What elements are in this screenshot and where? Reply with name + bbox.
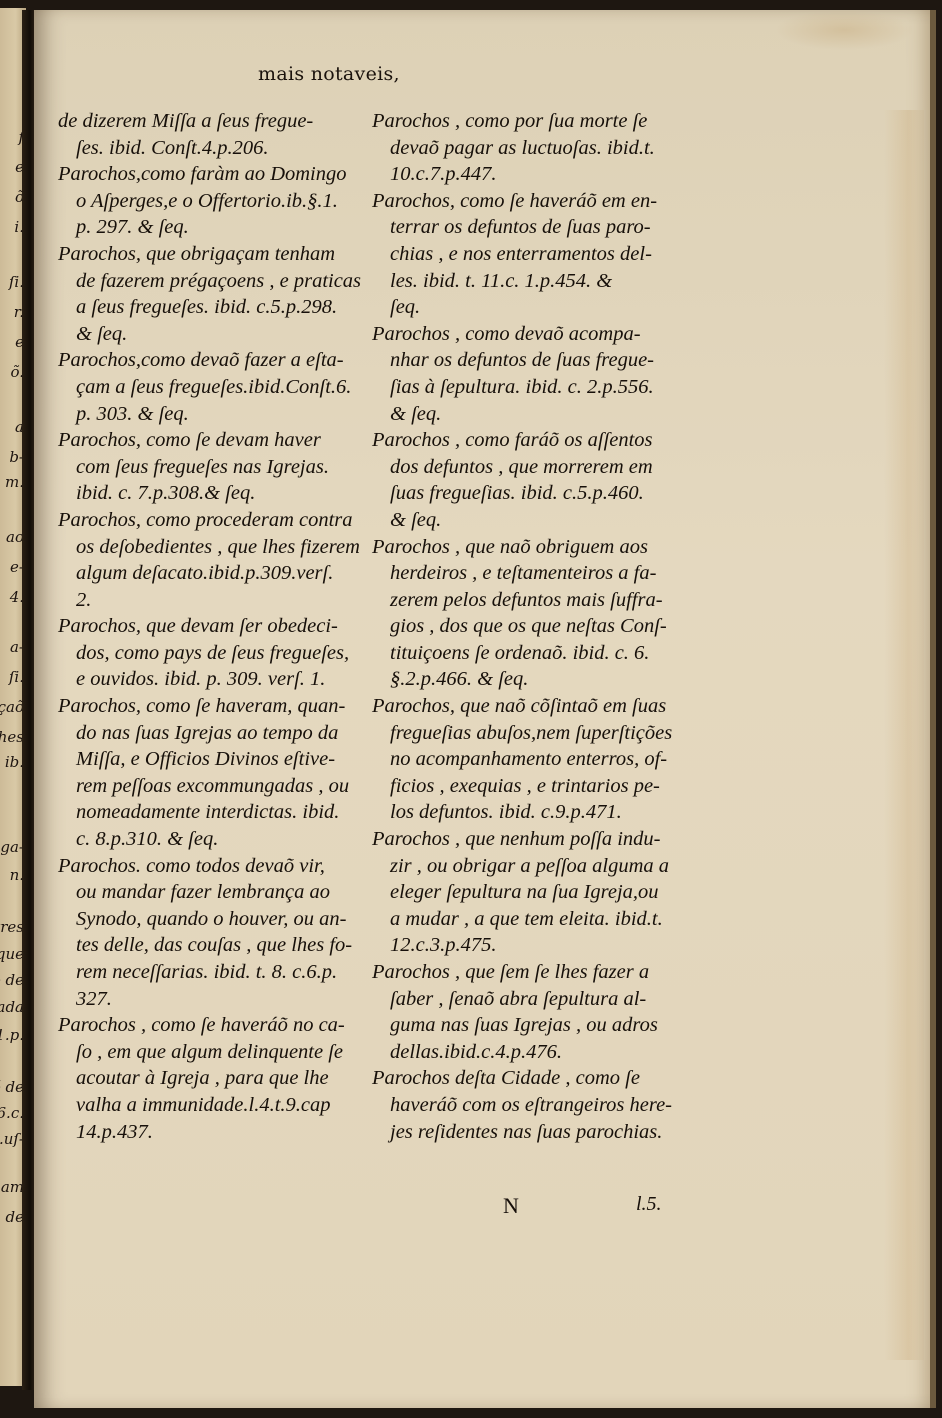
entry-line: Parochos , como faráõ os aſſentos [372, 427, 682, 454]
entry-line: ſias à ſepultura. ibid. c. 2.p.556. [372, 374, 682, 401]
entry-line: ſes. ibid. Conſt.4.p.206. [58, 135, 350, 162]
entry-line: a ſeus fregueſes. ibid. c.5.p.298. [58, 294, 350, 321]
entry-line: ficios , exequias , e trintarios pe- [372, 773, 682, 800]
entry-line: Parochos , que ſem ſe lhes fazer a [372, 959, 682, 986]
margin-fragment: que [0, 945, 24, 963]
signature-mark: N [503, 1193, 519, 1219]
index-entry: Parochos, que devam ſer obedeci-dos, com… [58, 613, 350, 693]
margin-fragment: aõ de [0, 1078, 24, 1096]
entry-line: ibid. c. 7.p.308.& ſeq. [58, 480, 350, 507]
entry-line: zir , ou obrigar a peſſoa alguma a [372, 853, 682, 880]
entry-line: 14.p.437. [58, 1119, 350, 1146]
entry-line: valha a immunidade.l.4.t.9.cap [58, 1092, 350, 1119]
index-entry: Parochos, como ſe haveráõ em en-terrar o… [372, 188, 682, 321]
entry-line: e ouvidos. ibid. p. 309. verſ. 1. [58, 666, 350, 693]
entry-line: ſeq. [372, 294, 682, 321]
entry-line: ſo , em que algum delinquente ſe [58, 1039, 350, 1066]
entry-line: a mudar , a que tem eleita. ibid.t. [372, 906, 682, 933]
index-entry: de dizerem Miſſa a ſeus fregue-ſes. ibid… [58, 108, 350, 161]
entry-line: & ſeq. [372, 507, 682, 534]
index-entry: Parochos,como devaõ fazer a eſta-çam a ſ… [58, 347, 350, 427]
catchword: l.5. [636, 1193, 662, 1216]
index-entry: Parochos , que naõ obriguem aosherdeiros… [372, 534, 682, 694]
entry-line: acoutar à Igreja , para que lhe [58, 1065, 350, 1092]
entry-line: ſuas fregueſias. ibid. c.5.p.460. [372, 480, 682, 507]
entry-line: dos, como pays de ſeus fregueſes, [58, 640, 350, 667]
entry-line: & ſeq. [372, 401, 682, 428]
entry-line: Parochos, que obrigaçam tenham [58, 241, 350, 268]
entry-line: ou mandar fazer lembrança ao [58, 879, 350, 906]
margin-fragment: .6.c. [0, 1104, 24, 1122]
entry-line: nhar os defuntos de ſuas fregue- [372, 347, 682, 374]
entry-line: rem neceſſarias. ibid. t. 8. c.6.p. [58, 959, 350, 986]
index-entry: Parochos, que naõ cõſintaõ em ſuasfregue… [372, 693, 682, 826]
entry-line: 10.c.7.p.447. [372, 161, 682, 188]
entry-line: §.2.p.466. & ſeq. [372, 666, 682, 693]
entry-line: tituiçoens ſe ordenaõ. ibid. c. 6. [372, 640, 682, 667]
entry-line: Miſſa, e Officios Divinos eſtive- [58, 746, 350, 773]
index-entry: Parochos , como ſe haveráõ no ca-ſo , em… [58, 1012, 350, 1145]
entry-line: herdeiros , e teſtamenteiros a fa- [372, 560, 682, 587]
margin-fragment: ga- [0, 838, 24, 856]
entry-line: jes reſidentes nas ſuas parochias. [372, 1119, 682, 1146]
margin-fragment: 9.uſ- [0, 1130, 24, 1148]
index-entry: Parochos, como ſe devam havercom ſeus fr… [58, 427, 350, 507]
entry-line: guma nas ſuas Igrejas , ou adros [372, 1012, 682, 1039]
entry-line: Parochos , como por ſua morte ſe [372, 108, 682, 135]
index-entry: Parochos. como todos devaõ vir,ou mandar… [58, 853, 350, 1013]
entry-line: Parochos , como ſe haveráõ no ca- [58, 1012, 350, 1039]
entry-line: Parochos, como ſe devam haver [58, 427, 350, 454]
entry-line: los defuntos. ibid. c.9.p.471. [372, 799, 682, 826]
margin-fragment: iada [0, 998, 24, 1016]
entry-line: 327. [58, 986, 350, 1013]
entry-line: Parochos, como ſe haveráõ em en- [372, 188, 682, 215]
entry-line: rem peſſoas excommungadas , ou [58, 773, 350, 800]
entry-line: Parochos,como devaõ fazer a eſta- [58, 347, 350, 374]
index-entry: Parochos , como faráõ os aſſentosdos def… [372, 427, 682, 533]
margin-fragment: 1.p. [0, 1026, 24, 1044]
entry-line: les. ibid. t. 11.c. 1.p.454. & [372, 268, 682, 295]
entry-line: terrar os defuntos de ſuas paro- [372, 214, 682, 241]
index-entry: Parochos , como por ſua morte ſedevaõ pa… [372, 108, 682, 188]
entry-line: Parochos , como devaõ acompa- [372, 321, 682, 348]
running-head: mais notaveis, [258, 63, 400, 85]
entry-line: os deſobedientes , que lhes fizerem [58, 534, 350, 561]
index-entry: Parochos,como faràm ao Domingoo Aſperges… [58, 161, 350, 241]
entry-line: haveráõ com os eſtrangeiros here- [372, 1092, 682, 1119]
index-entry: Parochos, como procederam contraos deſob… [58, 507, 350, 613]
entry-line: Parochos. como todos devaõ vir, [58, 853, 350, 880]
entry-line: o Aſperges,e o Offertorio.ib.§.1. [58, 188, 350, 215]
entry-line: p. 303. & ſeq. [58, 401, 350, 428]
margin-fragment: nham [0, 1178, 24, 1196]
index-column-left: de dizerem Miſſa a ſeus fregue-ſes. ibid… [58, 108, 350, 1145]
entry-line: dos defuntos , que morrerem em [372, 454, 682, 481]
entry-line: c. 8.p.310. & ſeq. [58, 826, 350, 853]
entry-line: do nas ſuas Igrejas ao tempo da [58, 720, 350, 747]
paper-stain [774, 10, 914, 50]
paper-stain [884, 110, 924, 1360]
entry-line: Parochos, que naõ cõſintaõ em ſuas [372, 693, 682, 720]
entry-line: com ſeus fregueſes nas Igrejas. [58, 454, 350, 481]
index-entry: Parochos deſta Cidade , como ſehaveráõ c… [372, 1065, 682, 1145]
entry-line: eleger ſepultura na ſua Igreja,ou [372, 879, 682, 906]
index-entry: Parochos, como ſe haveram, quan-do nas ſ… [58, 693, 350, 853]
entry-line: chias , e nos enterramentos del- [372, 241, 682, 268]
margin-fragment: hes [0, 728, 24, 746]
entry-line: çam a ſeus fregueſes.ibid.Conſt.6. [58, 374, 350, 401]
entry-line: nomeadamente interdictas. ibid. [58, 799, 350, 826]
entry-line: Parochos deſta Cidade , como ſe [372, 1065, 682, 1092]
index-entry: Parochos , que nenhum poſſa indu-zir , o… [372, 826, 682, 959]
entry-line: Parochos , que nenhum poſſa indu- [372, 826, 682, 853]
entry-line: gios , dos que os que neſtas Conſ- [372, 613, 682, 640]
entry-line: Parochos , que naõ obriguem aos [372, 534, 682, 561]
entry-line: Parochos, como procederam contra [58, 507, 350, 534]
index-column-right: Parochos , como por ſua morte ſedevaõ pa… [372, 108, 682, 1145]
index-entry: Parochos , como devaõ acompa-nhar os def… [372, 321, 682, 427]
entry-line: 12.c.3.p.475. [372, 932, 682, 959]
margin-fragment: o de [0, 971, 24, 989]
entry-line: Parochos, que devam ſer obedeci- [58, 613, 350, 640]
entry-line: Parochos, como ſe haveram, quan- [58, 693, 350, 720]
margin-fragment: çaõ [0, 698, 24, 716]
index-entry: Parochos , que ſem ſe lhes fazer aſaber … [372, 959, 682, 1065]
index-entry: Parochos, que obrigaçam tenhamde fazerem… [58, 241, 350, 347]
entry-line: zerem pelos defuntos mais ſuffra- [372, 587, 682, 614]
entry-line: ſaber , ſenaõ abra ſepultura al- [372, 986, 682, 1013]
entry-line: de fazerem prégaçoens , e praticas [58, 268, 350, 295]
entry-line: dellas.ibid.c.4.p.476. [372, 1039, 682, 1066]
entry-line: fregueſias abuſos,nem ſuperſtições [372, 720, 682, 747]
entry-line: tes delle, das couſas , que lhes fo- [58, 932, 350, 959]
entry-line: devaõ pagar as luctuoſas. ibid.t. [372, 135, 682, 162]
entry-line: p. 297. & ſeq. [58, 214, 350, 241]
entry-line: Parochos,como faràm ao Domingo [58, 161, 350, 188]
entry-line: de dizerem Miſſa a ſeus fregue- [58, 108, 350, 135]
margin-fragment: tres [0, 918, 24, 936]
entry-line: & ſeq. [58, 321, 350, 348]
entry-line: no acompanhamento enterros, of- [372, 746, 682, 773]
entry-line: Synodo, quando o houver, ou an- [58, 906, 350, 933]
entry-line: 2. [58, 587, 350, 614]
entry-line: algum deſacato.ibid.p.309.verſ. [58, 560, 350, 587]
